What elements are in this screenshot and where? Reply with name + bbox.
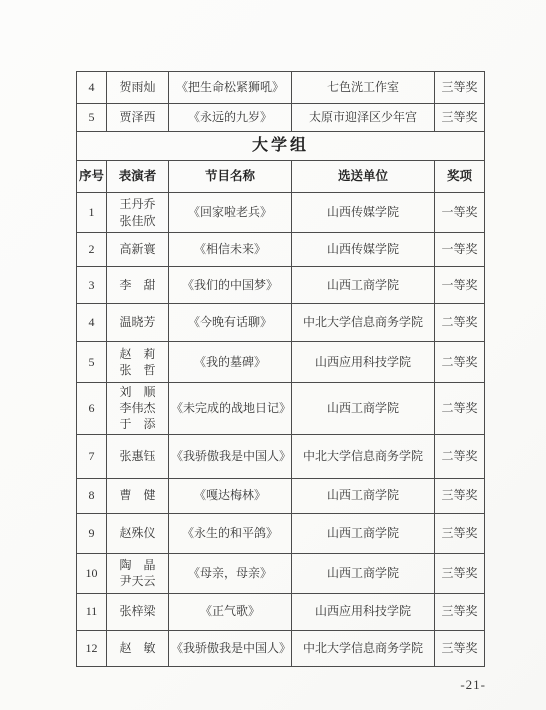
row-number-cell: 2: [77, 233, 107, 267]
header-program: 节目名称: [169, 161, 292, 193]
program-cell: 《我骄傲我是中国人》: [169, 630, 292, 666]
program-cell: 《永远的九岁》: [169, 104, 292, 132]
row-number-cell: 1: [77, 193, 107, 233]
page-number: -21-: [460, 677, 486, 693]
award-cell: 三等奖: [435, 104, 485, 132]
row-number-cell: 4: [77, 72, 107, 104]
table-row: 4 温晓芳 《今晚有话聊》 中北大学信息商务学院 二等奖: [77, 304, 485, 342]
award-cell: 一等奖: [435, 233, 485, 267]
award-cell: 一等奖: [435, 193, 485, 233]
table-row: 7 张惠钰 《我骄傲我是中国人》 中北大学信息商务学院 二等奖: [77, 434, 485, 478]
program-cell: 《未完成的战地日记》: [169, 383, 292, 435]
section-title: 大学组: [77, 132, 485, 161]
organization-cell: 山西工商学院: [292, 513, 435, 553]
award-cell: 二等奖: [435, 383, 485, 435]
performer-cell: 赵 敏: [107, 630, 169, 666]
award-cell: 二等奖: [435, 304, 485, 342]
table-row: 5 赵 莉 张 哲 《我的墓碑》 山西应用科技学院 二等奖: [77, 342, 485, 383]
performer-cell: 赵 莉 张 哲: [107, 342, 169, 383]
program-cell: 《今晚有话聊》: [169, 304, 292, 342]
award-cell: 三等奖: [435, 553, 485, 593]
row-number-cell: 3: [77, 267, 107, 304]
award-results-table: 4 贺雨灿 《把生命松紧狮吼》 七色洸工作室 三等奖 5 贾泽西 《永远的九岁》…: [76, 71, 485, 667]
performer-cell: 张梓梁: [107, 593, 169, 630]
organization-cell: 七色洸工作室: [292, 72, 435, 104]
section-banner-row: 大学组: [77, 132, 485, 161]
performer-cell: 王丹乔 张佳欣: [107, 193, 169, 233]
row-number-cell: 6: [77, 383, 107, 435]
performer-cell: 张惠钰: [107, 434, 169, 478]
table-row: 8 曹 健 《嘎达梅林》 山西工商学院 三等奖: [77, 478, 485, 513]
organization-cell: 山西应用科技学院: [292, 593, 435, 630]
program-cell: 《回家啦老兵》: [169, 193, 292, 233]
organization-cell: 山西工商学院: [292, 267, 435, 304]
award-cell: 三等奖: [435, 478, 485, 513]
performer-cell: 贺雨灿: [107, 72, 169, 104]
table-row: 3 李 甜 《我们的中国梦》 山西工商学院 一等奖: [77, 267, 485, 304]
program-cell: 《我的墓碑》: [169, 342, 292, 383]
row-number-cell: 5: [77, 342, 107, 383]
organization-cell: 山西工商学院: [292, 553, 435, 593]
performer-cell: 李 甜: [107, 267, 169, 304]
award-cell: 三等奖: [435, 72, 485, 104]
table-row: 4 贺雨灿 《把生命松紧狮吼》 七色洸工作室 三等奖: [77, 72, 485, 104]
performer-cell: 曹 健: [107, 478, 169, 513]
table-row: 11 张梓梁 《正气歌》 山西应用科技学院 三等奖: [77, 593, 485, 630]
program-cell: 《正气歌》: [169, 593, 292, 630]
program-cell: 《我们的中国梦》: [169, 267, 292, 304]
organization-cell: 山西工商学院: [292, 478, 435, 513]
table-row: 10 陶 晶 尹天云 《母亲，母亲》 山西工商学院 三等奖: [77, 553, 485, 593]
performer-cell: 陶 晶 尹天云: [107, 553, 169, 593]
table-row: 2 高新寰 《相信未来》 山西传媒学院 一等奖: [77, 233, 485, 267]
award-cell: 二等奖: [435, 434, 485, 478]
award-cell: 三等奖: [435, 593, 485, 630]
header-no: 序号: [77, 161, 107, 193]
award-cell: 一等奖: [435, 267, 485, 304]
table-row: 1 王丹乔 张佳欣 《回家啦老兵》 山西传媒学院 一等奖: [77, 193, 485, 233]
performer-cell: 高新寰: [107, 233, 169, 267]
program-cell: 《相信未来》: [169, 233, 292, 267]
organization-cell: 山西工商学院: [292, 383, 435, 435]
performer-cell: 温晓芳: [107, 304, 169, 342]
organization-cell: 山西传媒学院: [292, 193, 435, 233]
program-cell: 《把生命松紧狮吼》: [169, 72, 292, 104]
program-cell: 《嘎达梅林》: [169, 478, 292, 513]
organization-cell: 山西传媒学院: [292, 233, 435, 267]
performer-cell: 赵殊仪: [107, 513, 169, 553]
table-row: 9 赵殊仪 《永生的和平鸽》 山西工商学院 三等奖: [77, 513, 485, 553]
performer-cell: 刘 顺 李伟杰 于 添: [107, 383, 169, 435]
row-number-cell: 10: [77, 553, 107, 593]
table-header-row: 序号 表演者 节目名称 选送单位 奖项: [77, 161, 485, 193]
row-number-cell: 8: [77, 478, 107, 513]
header-performer: 表演者: [107, 161, 169, 193]
program-cell: 《永生的和平鸽》: [169, 513, 292, 553]
header-award: 奖项: [435, 161, 485, 193]
program-cell: 《我骄傲我是中国人》: [169, 434, 292, 478]
organization-cell: 中北大学信息商务学院: [292, 434, 435, 478]
performer-cell: 贾泽西: [107, 104, 169, 132]
row-number-cell: 11: [77, 593, 107, 630]
row-number-cell: 9: [77, 513, 107, 553]
organization-cell: 中北大学信息商务学院: [292, 304, 435, 342]
table-row: 12 赵 敏 《我骄傲我是中国人》 中北大学信息商务学院 三等奖: [77, 630, 485, 666]
row-number-cell: 7: [77, 434, 107, 478]
row-number-cell: 5: [77, 104, 107, 132]
table-row: 5 贾泽西 《永远的九岁》 太原市迎泽区少年宫 三等奖: [77, 104, 485, 132]
organization-cell: 中北大学信息商务学院: [292, 630, 435, 666]
row-number-cell: 4: [77, 304, 107, 342]
award-cell: 三等奖: [435, 513, 485, 553]
award-cell: 三等奖: [435, 630, 485, 666]
organization-cell: 太原市迎泽区少年宫: [292, 104, 435, 132]
row-number-cell: 12: [77, 630, 107, 666]
program-cell: 《母亲，母亲》: [169, 553, 292, 593]
scanned-document-page: 4 贺雨灿 《把生命松紧狮吼》 七色洸工作室 三等奖 5 贾泽西 《永远的九岁》…: [0, 0, 546, 710]
organization-cell: 山西应用科技学院: [292, 342, 435, 383]
table-row: 6 刘 顺 李伟杰 于 添 《未完成的战地日记》 山西工商学院 二等奖: [77, 383, 485, 435]
header-organization: 选送单位: [292, 161, 435, 193]
award-cell: 二等奖: [435, 342, 485, 383]
